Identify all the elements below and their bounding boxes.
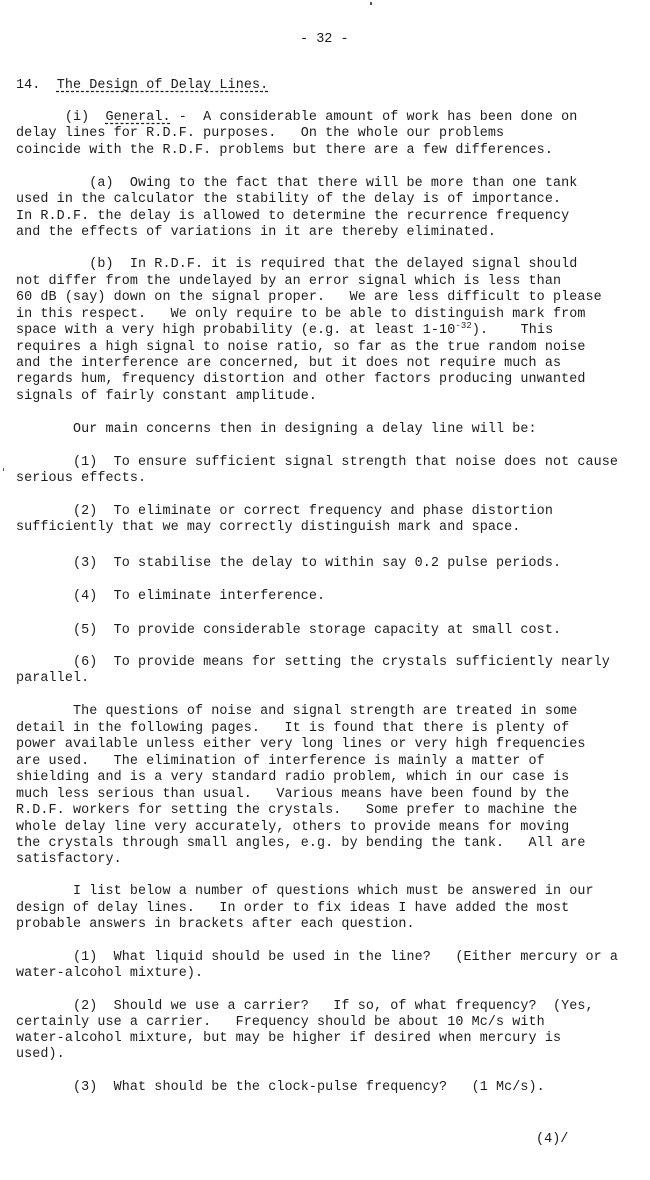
question-2-line-2: certainly use a carrier. Frequency shoul… [16,1015,545,1031]
questions-intro-line-1: I list below a number of questions which… [16,884,594,900]
general-label: (i) [65,110,89,125]
section-number: 14. [16,78,40,93]
question-2-line-1: (2) Should we use a carrier? If so, of w… [16,999,594,1015]
noise-para-line-7: R.D.F. workers for setting the crystals.… [16,803,577,819]
scan-speck [370,2,372,5]
para-a-line-3: In R.D.F. the delay is allowed to determ… [16,209,569,225]
para-a-line-1: (a) Owing to the fact that there will be… [16,176,577,192]
para-b-line-8: regards hum, frequency distortion and ot… [16,372,586,388]
para-b-line-4: in this respect. We only require to be a… [16,307,586,323]
para-b-line-5: space with a very high probability (e.g.… [16,323,553,339]
questions-intro-line-3: probable answers in brackets after each … [16,917,415,933]
concern-6-line-2: parallel. [16,671,89,687]
para-b-line-5-text: space with a very high probability (e.g.… [16,323,455,338]
concern-1-line-1: (1) To ensure sufficient signal strength… [16,455,618,471]
para-b-line-2: not differ from the undelayed by an erro… [16,274,561,290]
concern-4: (4) To eliminate interference. [16,589,325,605]
noise-para-line-1: The questions of noise and signal streng… [16,704,577,720]
document-page: - 32 - 14. The Design of Delay Lines. (i… [0,0,650,1180]
general-line-2: delay lines for R.D.F. purposes. On the … [16,126,504,142]
question-1-line-2: water-alcohol mixture). [16,966,203,982]
para-b-line-5-tail: ). This [472,323,553,338]
noise-para-line-6: much less serious than usual. Various me… [16,787,569,803]
para-b-line-9: signals of fairly constant amplitude. [16,389,317,405]
concern-1-line-2: serious effects. [16,471,146,487]
concern-2-line-2: sufficiently that we may correctly disti… [16,520,520,536]
general-line-1: (i) General. - A considerable amount of … [16,110,577,126]
noise-para-line-5: shielding and is a very standard radio p… [16,770,569,786]
para-b-line-7: and the interference are concerned, but … [16,356,561,372]
page-number: - 32 - [300,32,349,47]
para-a-line-2: used in the calculator the stability of … [16,192,561,208]
concerns-intro: Our main concerns then in designing a de… [16,422,537,438]
concern-6-line-1: (6) To provide means for setting the cry… [16,655,610,671]
para-b-line-1: (b) In R.D.F. it is required that the de… [16,257,577,273]
section-heading: 14. The Design of Delay Lines. [16,78,268,94]
exponent: -32 [455,321,472,331]
general-heading: General. [106,110,171,125]
noise-para-line-8: whole delay line very accurately, others… [16,820,569,836]
noise-para-line-3: power available unless either very long … [16,737,586,753]
question-3: (3) What should be the clock-pulse frequ… [16,1080,545,1096]
question-2-line-3: water-alcohol mixture, but may be higher… [16,1031,561,1047]
general-line-3: coincide with the R.D.F. problems but th… [16,143,553,159]
concern-5: (5) To provide considerable storage capa… [16,623,561,639]
para-b-line-3: 60 dB (say) down on the signal proper. W… [16,290,602,306]
para-a-line-4: and the effects of variations in it are … [16,225,496,241]
question-2-line-4: used). [16,1047,65,1063]
noise-para-line-2: detail in the following pages. It is fou… [16,721,569,737]
question-1-line-1: (1) What liquid should be used in the li… [16,950,618,966]
noise-para-line-4: are used. The elimination of interferenc… [16,754,545,770]
para-b-line-6: requires a high signal to noise ratio, s… [16,340,586,356]
general-text: - A considerable amount of work has been… [171,110,578,125]
continuation-marker: (4)/ [536,1132,568,1147]
noise-para-line-10: satisfactory. [16,852,122,868]
scan-speck [3,468,4,471]
concern-3: (3) To stabilise the delay to within say… [16,556,561,572]
concern-2-line-1: (2) To eliminate or correct frequency an… [16,504,553,520]
section-title: The Design of Delay Lines. [57,78,269,93]
noise-para-line-9: the crystals through small angles, e.g. … [16,836,586,852]
questions-intro-line-2: design of delay lines. In order to fix i… [16,901,569,917]
